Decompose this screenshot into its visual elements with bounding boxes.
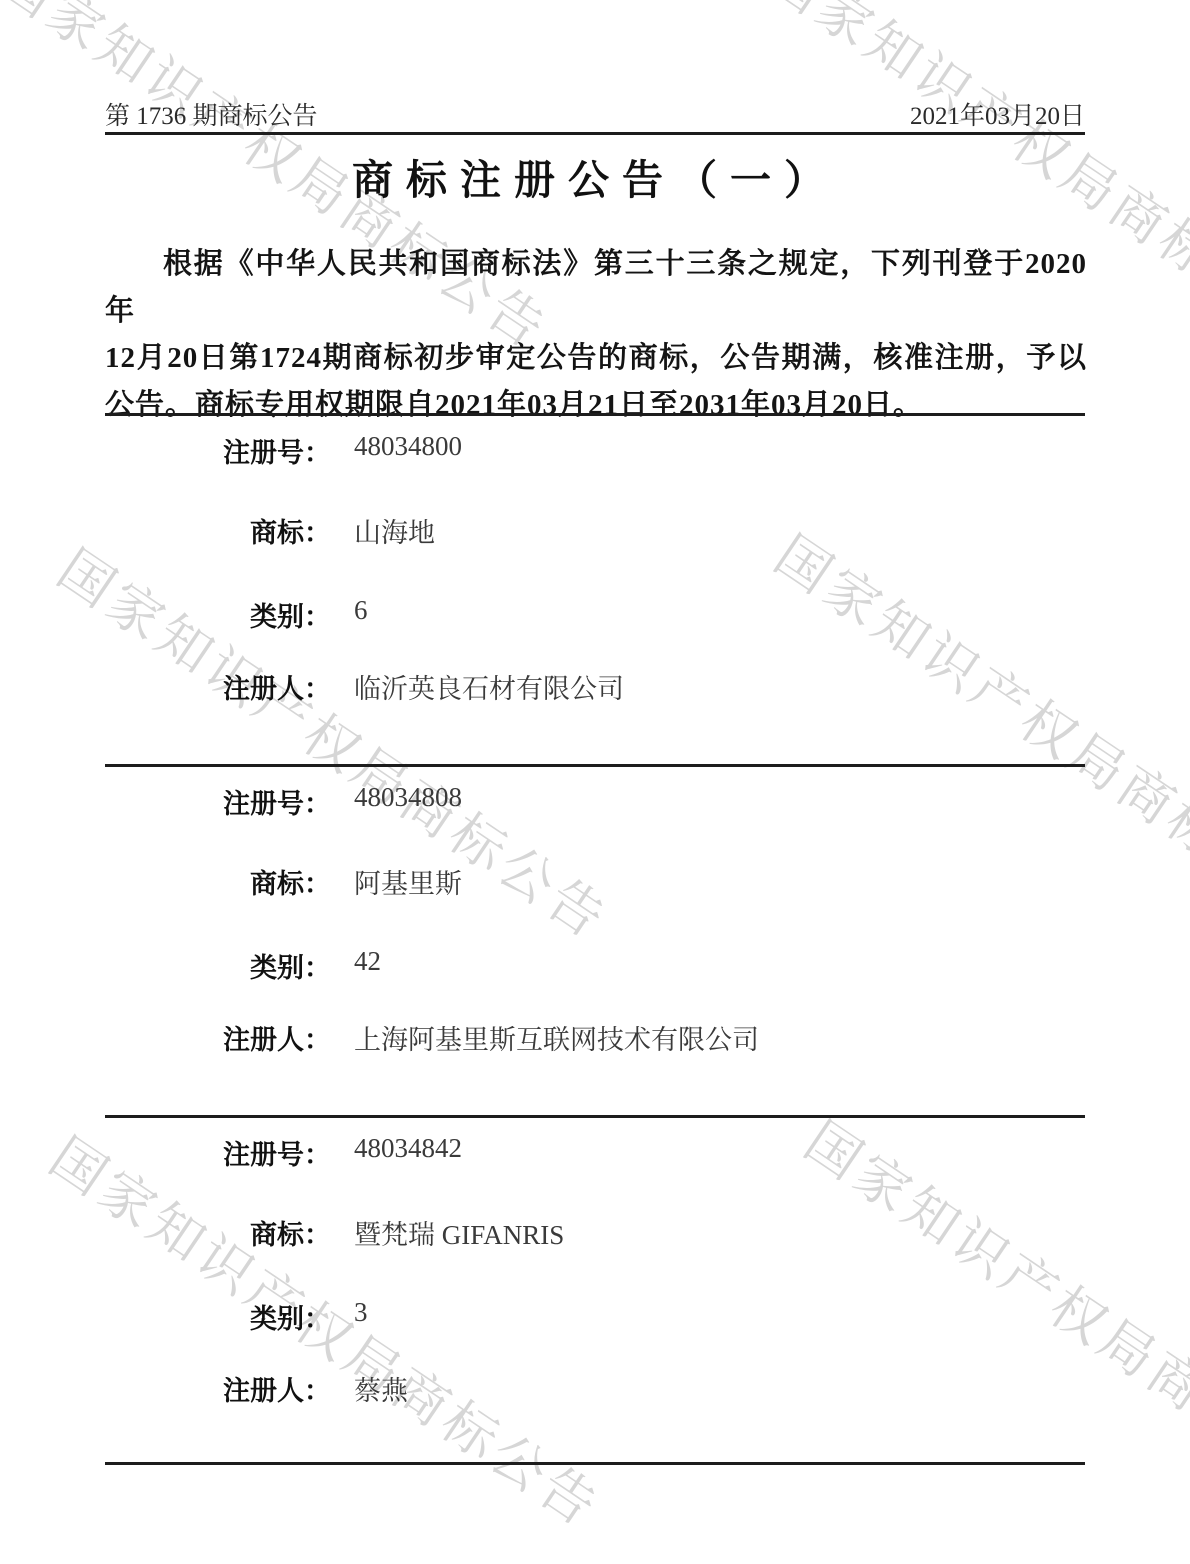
category-label: 类别： xyxy=(105,1297,331,1336)
record-row-category: 类别： 6 xyxy=(105,595,1085,629)
record-row-registrant: 注册人： 临沂英良石材有限公司 xyxy=(105,667,1085,701)
trademark-label: 商标： xyxy=(105,511,331,550)
record-row-trademark: 商标： 暨梵瑞 GIFANRIS xyxy=(105,1213,1085,1247)
category-value: 3 xyxy=(354,1297,1085,1328)
reg-no-label: 注册号： xyxy=(105,431,331,470)
trademark-value: 暨梵瑞 GIFANRIS xyxy=(354,1213,1085,1252)
registrant-value: 临沂英良石材有限公司 xyxy=(354,667,1085,706)
trademark-value: 山海地 xyxy=(354,511,1085,550)
record-row-registrant: 注册人： 上海阿基里斯互联网技术有限公司 xyxy=(105,1018,1085,1052)
bottom-rule xyxy=(105,1462,1085,1465)
trademark-value: 阿基里斯 xyxy=(354,862,1085,901)
reg-no-label: 注册号： xyxy=(105,782,331,821)
registrant-value: 蔡燕 xyxy=(354,1369,1085,1408)
record-row-registrant: 注册人： 蔡燕 xyxy=(105,1369,1085,1403)
category-label: 类别： xyxy=(105,595,331,634)
reg-no-value: 48034808 xyxy=(354,782,1085,813)
trademark-label: 商标： xyxy=(105,1213,331,1252)
trademark-record-2: 注册号： 48034808 商标： 阿基里斯 类别： 42 注册人： 上海阿基里… xyxy=(105,764,1085,1115)
record-divider xyxy=(105,1115,1085,1118)
record-row-category: 类别： 3 xyxy=(105,1297,1085,1331)
registrant-label: 注册人： xyxy=(105,1369,331,1408)
registrant-value: 上海阿基里斯互联网技术有限公司 xyxy=(354,1018,1085,1057)
reg-no-label: 注册号： xyxy=(105,1133,331,1172)
record-row-reg-no: 注册号： 48034800 xyxy=(105,431,1085,465)
record-row-trademark: 商标： 山海地 xyxy=(105,511,1085,545)
record-row-category: 类别： 42 xyxy=(105,946,1085,980)
registrant-label: 注册人： xyxy=(105,1018,331,1057)
category-value: 42 xyxy=(354,946,1085,977)
category-value: 6 xyxy=(354,595,1085,626)
gazette-page: 国家知识产权局商标公告 国家知识产权局商标公告 国家知识产权局商标公告 国家知识… xyxy=(0,0,1190,1564)
reg-no-value: 48034842 xyxy=(354,1133,1085,1164)
intro-paragraph: 根据《中华人民共和国商标法》第三十三条之规定，下列刊登于2020年 12月20日… xyxy=(105,241,1087,429)
header-rule xyxy=(105,132,1085,135)
category-label: 类别： xyxy=(105,946,331,985)
reg-no-value: 48034800 xyxy=(354,431,1085,462)
record-row-reg-no: 注册号： 48034808 xyxy=(105,782,1085,816)
intro-line-2: 12月20日第1724期商标初步审定公告的商标，公告期满，核准注册，予以 xyxy=(105,335,1087,382)
intro-line-1: 根据《中华人民共和国商标法》第三十三条之规定，下列刊登于2020年 xyxy=(105,241,1087,335)
registrant-label: 注册人： xyxy=(105,667,331,706)
trademark-record-1: 注册号： 48034800 商标： 山海地 类别： 6 注册人： 临沂英良石材有… xyxy=(105,413,1085,764)
gazette-date: 2021年03月20日 xyxy=(910,96,1085,132)
gazette-issue-number: 第 1736 期商标公告 xyxy=(105,96,318,132)
record-row-reg-no: 注册号： 48034842 xyxy=(105,1133,1085,1167)
record-divider xyxy=(105,764,1085,767)
trademark-record-3: 注册号： 48034842 商标： 暨梵瑞 GIFANRIS 类别： 3 注册人… xyxy=(105,1115,1085,1462)
trademark-label: 商标： xyxy=(105,862,331,901)
record-divider xyxy=(105,413,1085,416)
page-title: 商标注册公告（一） xyxy=(105,147,1085,206)
record-row-trademark: 商标： 阿基里斯 xyxy=(105,862,1085,896)
